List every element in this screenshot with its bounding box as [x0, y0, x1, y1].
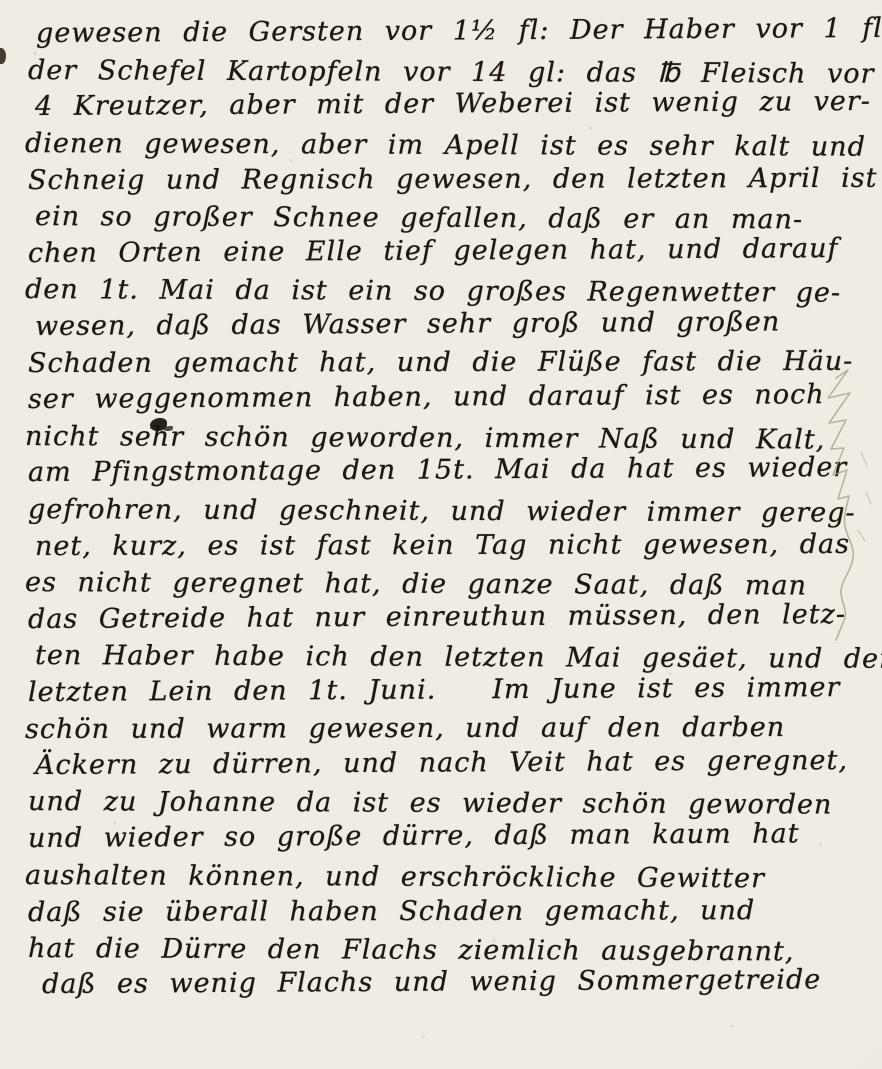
manuscript-line: daß sie überall haben Schaden gemacht, u…: [28, 893, 868, 932]
manuscript-page: gewesen die Gersten vor 1½ fl: Der Haber…: [0, 0, 882, 1069]
manuscript-line: am Pfingstmontage den 15t. Mai da hat es…: [28, 450, 868, 492]
manuscript-line: 4 Kreutzer, aber mit der Weberei ist wen…: [35, 84, 868, 126]
manuscript-line: Schneig und Regnisch gewesen, den letzte…: [28, 161, 868, 200]
manuscript-line: Äckern zu dürren, und nach Veit hat es g…: [35, 743, 868, 785]
manuscript-line: und wieder so große dürre, daß man kaum …: [28, 816, 868, 858]
manuscript-line: wesen, daß das Wasser sehr groß und groß…: [35, 304, 868, 346]
manuscript-line: dienen gewesen, aber im Apell ist es seh…: [25, 126, 868, 166]
manuscript-line: chen Orten eine Elle tief gelegen hat, u…: [28, 230, 868, 272]
manuscript-text-block: gewesen die Gersten vor 1½ fl: Der Haber…: [0, 0, 882, 1069]
manuscript-line: daß es wenig Flachs und wenig Sommergetr…: [42, 962, 868, 1004]
manuscript-line: gewesen die Gersten vor 1½ fl: Der Haber…: [36, 11, 868, 53]
manuscript-line: aushalten können, und erschröckliche Gew…: [25, 858, 868, 898]
manuscript-line: das Getreide hat nur einreuthun müssen, …: [28, 596, 868, 638]
manuscript-line: letzten Lein den 1t. Juni. Im June ist e…: [28, 670, 868, 712]
manuscript-line: net, kurz, es ist fast kein Tag nicht ge…: [35, 527, 868, 566]
manuscript-line: gefrohren, und geschneit, und wieder imm…: [28, 492, 868, 532]
manuscript-line: ser weggenommen haben, und darauf ist es…: [28, 377, 868, 419]
